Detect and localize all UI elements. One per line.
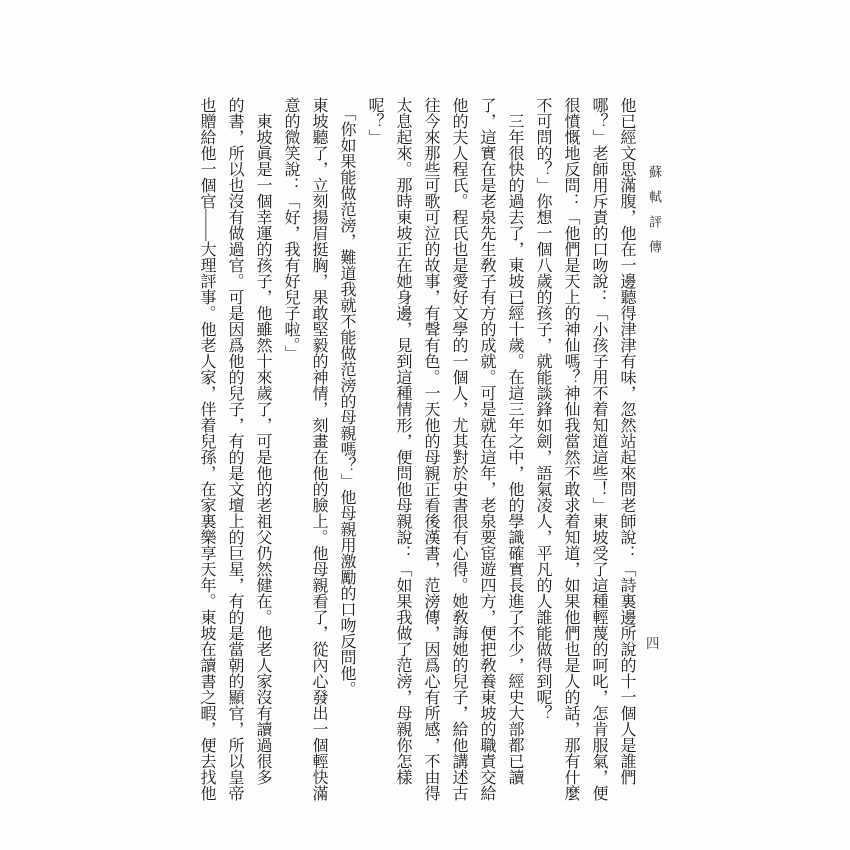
text-column-11: 「你如果能做范滂，難道我就不能做范滂的母親嗎？」他母親用激勵的口吻反問他。: [332, 97, 360, 813]
text-column-14: 東坡眞是一個幸運的孩子，他雖然十來歲了，可是他的老祖父仍然健在。他老人家沒有讀過…: [248, 97, 276, 813]
text-column-16: 也贈給他一個官——大理評事。他老人家，伴着兒孫，在家裏樂享天年。東坡在讀書之暇，…: [192, 97, 220, 813]
text-column-8: 往今來那些可歌可泣的故事，有聲有色。一天他的母親正看後漢書，范滂傳，因爲心有所感…: [416, 97, 444, 813]
text-column-13: 意的微笑說：「好，我有好兒子啦。」: [276, 97, 304, 813]
text-column-5: 三年很快的過去了，東坡已經十歲。在這三年之中，他的學識確實長進了不少，經史大部都…: [500, 97, 528, 813]
text-block: 他已經文思滿腹，他在一邊聽得津津有味，忽然站起來問老師說：「詩裏邊所說的十一個人…: [192, 97, 640, 813]
text-column-2: 哪？」老師用斥責的口吻說：「小孩子用不着知道這些！」東坡受了這種輕蔑的呵叱，怎肯…: [584, 97, 612, 813]
text-column-4: 不可問的？」你想一個八歲的孩子，就能談鋒如劍，語氣凌人，平凡的人誰能做得到呢？: [528, 97, 556, 813]
text-column-9: 太息起來。那時東坡正在她身邊，見到這種情形，便問他母親說：「如果我做了范滂，母親…: [388, 97, 416, 813]
running-title: 蘇軾評傳: [645, 165, 664, 265]
text-column-12: 東坡聽了，立刻揚眉挺胸，果敢堅毅的神情，刻畫在他的臉上。他母親看了，從內心發出一…: [304, 97, 332, 813]
text-column-7: 他的夫人程氏。程氏也是愛好文學的一個人，尤其對於史書很有心得。她敎誨她的兒子，給…: [444, 97, 472, 813]
text-column-6: 了，這實在是老泉先生敎子有方的成就。可是就在這年，老泉要宦遊四方，便把敎養東坡的…: [472, 97, 500, 813]
text-column-3: 很憤慨地反問：「他們是天上的神仙嗎？神仙我當然不敢求着知道，如果他們也是人的話，…: [556, 97, 584, 813]
page-number: 四: [646, 632, 660, 652]
text-column-10: 呢？」: [360, 97, 388, 813]
text-column-1: 他已經文思滿腹，他在一邊聽得津津有味，忽然站起來問老師說：「詩裏邊所說的十一個人…: [612, 97, 640, 813]
book-page: 蘇軾評傳 四 他已經文思滿腹，他在一邊聽得津津有味，忽然站起來問老師說：「詩裏邊…: [0, 0, 850, 850]
text-column-15: 的書，所以也沒有做過官。可是因爲他的兒子，有的是文壇上的巨星，有的是當朝的顯官，…: [220, 97, 248, 813]
